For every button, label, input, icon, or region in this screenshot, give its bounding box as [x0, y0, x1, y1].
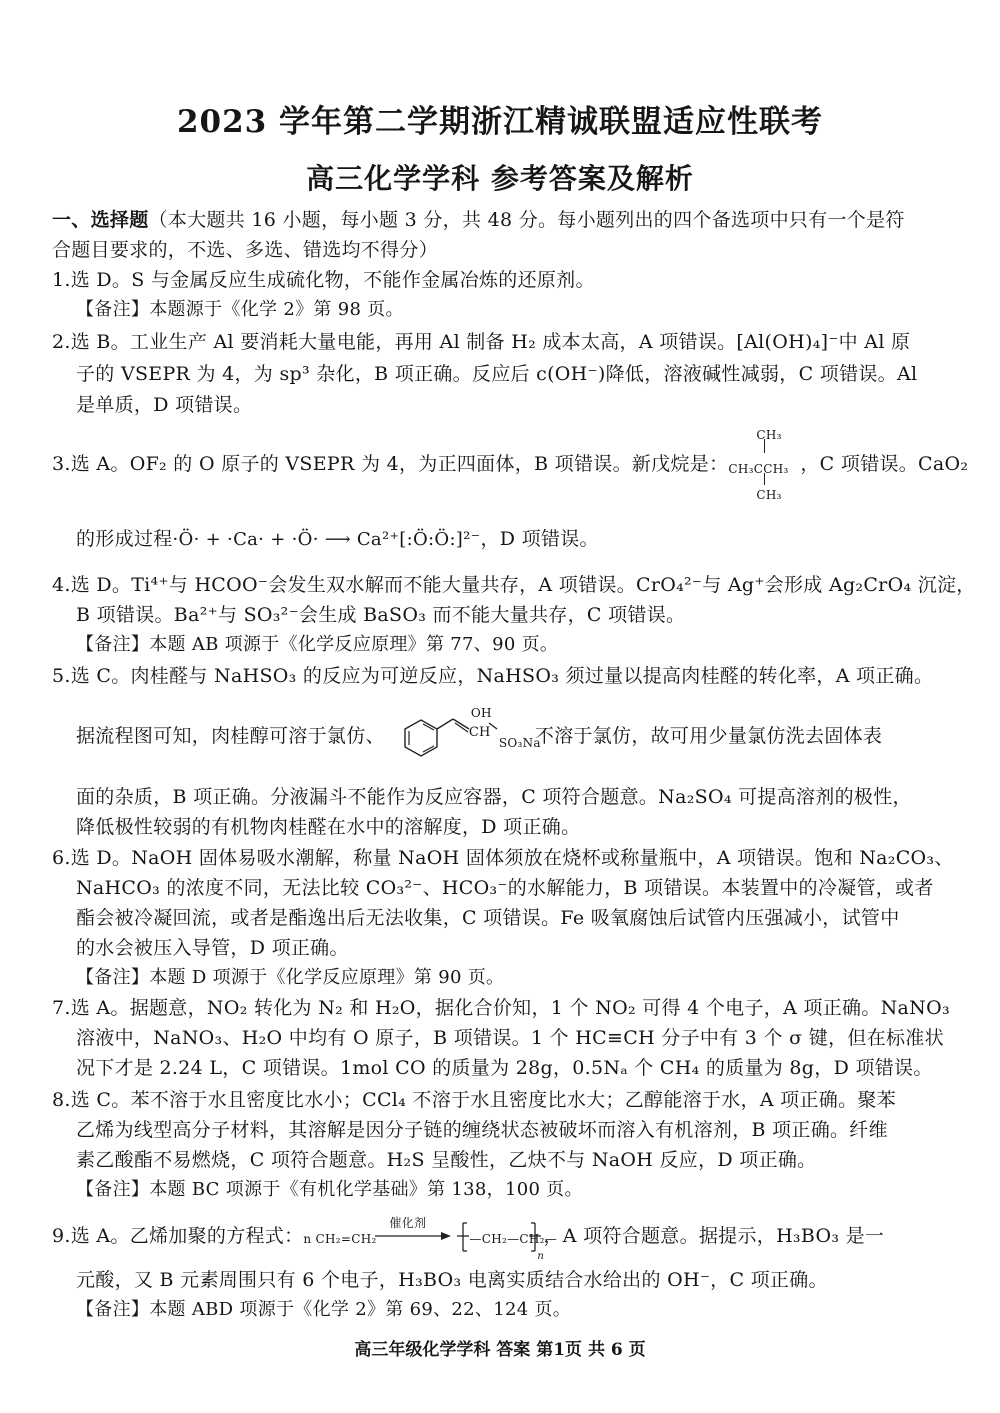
neopentane-structure: CH₃CH₃CCH₃CH₃ [728, 453, 800, 477]
item-text-cont: ，D 项错误。 [480, 528, 598, 550]
section-heading: 一、选择题 [52, 209, 149, 231]
item-text: 选 C。苯不溶于水且密度比水小；CCl₄ 不溶于水且密度比水大；乙醇能溶于水，A… [71, 1089, 896, 1111]
item-number: 9. [52, 1225, 71, 1247]
item-8-line2: 乙烯为线型高分子材料，其溶解是因分子链的缠绕状态被破坏而溶入有机溶剂，B 项正确… [76, 1118, 956, 1142]
degree-of-polymerization: n [537, 1245, 544, 1269]
item-5-line2: 据流程图可知，肉桂醇可溶于氯仿、 OH CH SO₃Na 不溶于氯仿，故可用少量… [76, 724, 956, 749]
item-8-line3: 素乙酸酯不易燃烧，C 项符合题意。H₂S 呈酸性，乙炔不与 NaOH 反应，D … [76, 1148, 956, 1172]
answer-item-3: 3.选 A。OF₂ 的 O 原子的 VSEPR 为 4，为正四面体，B 项错误。… [52, 452, 932, 477]
section-instructions: 一、选择题（本大题共 16 小题，每小题 3 分，共 48 分。每小题列出的四个… [52, 208, 932, 232]
item-number: 3. [52, 453, 71, 475]
item-1-note: 【备注】本题源于《化学 2》第 98 页。 [76, 298, 956, 322]
item-text-cont: ，C 项错误。CaO₂ [800, 453, 968, 475]
item-text: 选 D。Ti⁴⁺与 HCOO⁻会发生双水解而不能大量共存，A 项错误。CrO₄²… [71, 574, 976, 596]
item-9-line2: 元酸，又 B 元素周围只有 6 个电子，H₃BO₃ 电离实质结合水给出的 OH⁻… [76, 1268, 956, 1292]
answer-item-1: 1.选 D。S 与金属反应生成硫化物，不能作金属冶炼的还原剂。 [52, 268, 932, 292]
answer-item-4: 4.选 D。Ti⁴⁺与 HCOO⁻会发生双水解而不能大量共存，A 项错误。CrO… [52, 573, 932, 597]
answer-key-page: 2023 学年第二学期浙江精诚联盟适应性联考 高三化学学科 参考答案及解析 一、… [0, 0, 1000, 1413]
item-number: 8. [52, 1089, 71, 1111]
sulfonate-label: SO₃Na [499, 731, 541, 755]
item-6-line4: 的水会被压入导管，D 项正确。 [76, 936, 956, 960]
methyl-top: CH₃ [756, 423, 781, 447]
item-6-line2: NaHCO₃ 的浓度不同，无法比较 CO₃²⁻、HCO₃⁻的水解能力，B 项错误… [76, 876, 956, 900]
item-5-line4: 降低极性较弱的有机物肉桂醛在水中的溶解度，D 项正确。 [76, 815, 956, 839]
item-text: 选 B。工业生产 Al 要消耗大量电能，再用 Al 制备 H₂ 成本太高，A 项… [71, 331, 911, 353]
section-instructions-line1: （本大题共 16 小题，每小题 3 分，共 48 分。每小题列出的四个备选项中只… [149, 209, 905, 231]
sulfonate-adduct-structure: OH CH SO₃Na [385, 725, 535, 749]
item-7-line3: 况下才是 2.24 L，C 项错误。1mol CO 的质量为 28g，0.5Nₐ… [76, 1056, 956, 1080]
polymerization-equation: n CH₂=CH₂ 催化剂 —CH₂—CH₂— n [303, 1225, 543, 1249]
ch-label: CH [469, 721, 491, 745]
item-6-line3: 酯会被冷凝回流，或者是酯逸出后无法收集，C 项错误。Fe 吸氧腐蚀后试管内压强减… [76, 906, 956, 930]
item-text: 选 A。乙烯加聚的方程式： [71, 1225, 304, 1247]
answer-item-5: 5.选 C。肉桂醛与 NaHSO₃ 的反应为可逆反应，NaHSO₃ 须过量以提高… [52, 664, 932, 688]
item-text-cont: 不溶于氯仿，故可用少量氯仿洗去固体表 [535, 725, 882, 747]
item-text: 选 C。肉桂醛与 NaHSO₃ 的反应为可逆反应，NaHSO₃ 须过量以提高肉桂… [71, 665, 934, 687]
answer-item-9: 9.选 A。乙烯加聚的方程式： n CH₂=CH₂ 催化剂 —CH₂—CH₂— … [52, 1224, 932, 1249]
item-4-line2: B 项错误。Ba²⁺与 SO₃²⁻会生成 BaSO₃ 而不能大量共存，C 项错误… [76, 603, 956, 627]
lewis-dot-formation-diagram: ·Ö· + ·Ca· + ·Ö· ⟶ Ca²⁺[:Ö:Ö:]²⁻ [173, 529, 481, 550]
item-2-line3: 是单质，D 项错误。 [76, 393, 956, 417]
item-number: 1. [52, 269, 71, 291]
answer-item-7: 7.选 A。据题意，NO₂ 转化为 N₂ 和 H₂O，据化合价知，1 个 NO₂… [52, 996, 932, 1020]
document-subtitle: 高三化学学科 参考答案及解析 [0, 157, 1000, 197]
item-4-note: 【备注】本题 AB 项源于《化学反应原理》第 77、90 页。 [76, 633, 956, 657]
page-footer: 高三年级化学学科 答案 第1页 共 6 页 [0, 1335, 1000, 1360]
item-6-note: 【备注】本题 D 项源于《化学反应原理》第 90 页。 [76, 966, 956, 990]
item-8-note: 【备注】本题 BC 项源于《有机化学基础》第 138，100 页。 [76, 1178, 956, 1202]
item-number: 6. [52, 847, 71, 869]
item-text: 据流程图可知，肉桂醇可溶于氯仿、 [76, 725, 385, 747]
item-number: 2. [52, 331, 71, 353]
main-chain: CH₃CCH₃ [728, 457, 788, 481]
item-2-line2: 子的 VSEPR 为 4，为 sp³ 杂化，B 项正确。反应后 c(OH⁻)降低… [76, 362, 956, 386]
item-text-cont: ，A 项符合题意。据提示，H₃BO₃ 是一 [543, 1225, 884, 1247]
item-5-line3: 面的杂质，B 项正确。分液漏斗不能作为反应容器，C 项符合题意。Na₂SO₄ 可… [76, 785, 956, 809]
item-text: 选 A。据题意，NO₂ 转化为 N₂ 和 H₂O，据化合价知，1 个 NO₂ 可… [71, 997, 950, 1019]
document-title: 2023 学年第二学期浙江精诚联盟适应性联考 [0, 96, 1000, 141]
item-text: 的形成过程 [76, 528, 173, 550]
methyl-bottom: CH₃ [756, 483, 781, 507]
item-text: 选 D。S 与金属反应生成硫化物，不能作金属冶炼的还原剂。 [71, 269, 595, 291]
section-instructions-line2: 合题目要求的，不选、多选、错选均不得分） [52, 238, 932, 262]
answer-item-6: 6.选 D。NaOH 固体易吸水潮解，称量 NaOH 固体须放在烧杯或称量瓶中，… [52, 846, 932, 870]
item-9-note: 【备注】本题 ABD 项源于《化学 2》第 69、22、124 页。 [76, 1298, 956, 1322]
item-text: 选 D。NaOH 固体易吸水潮解，称量 NaOH 固体须放在烧杯或称量瓶中，A … [71, 847, 954, 869]
item-text: 选 A。OF₂ 的 O 原子的 VSEPR 为 4，为正四面体，B 项错误。新戊… [71, 453, 729, 475]
item-7-line2: 溶液中，NaNO₃、H₂O 中均有 O 原子，B 项错误。1 个 HC≡CH 分… [76, 1026, 956, 1050]
item-number: 7. [52, 997, 71, 1019]
item-3-line2: 的形成过程·Ö· + ·Ca· + ·Ö· ⟶ Ca²⁺[:Ö:Ö:]²⁻，D … [76, 527, 956, 552]
bond-line [764, 439, 765, 453]
item-number: 5. [52, 665, 71, 687]
item-number: 4. [52, 574, 71, 596]
answer-item-8: 8.选 C。苯不溶于水且密度比水小；CCl₄ 不溶于水且密度比水大；乙醇能溶于水… [52, 1088, 932, 1112]
answer-item-2: 2.选 B。工业生产 Al 要消耗大量电能，再用 Al 制备 H₂ 成本太高，A… [52, 330, 932, 354]
